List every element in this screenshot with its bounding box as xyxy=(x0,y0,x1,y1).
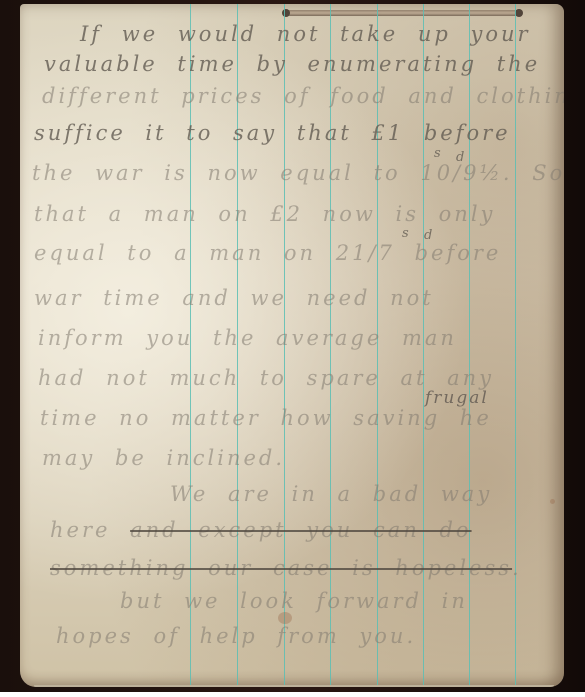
handwritten-line: suffice it to say that £1 before xyxy=(34,121,511,145)
handwritten-line: time no matter how saving he xyxy=(40,406,492,430)
handwritten-line: different prices of food and clothing xyxy=(42,84,564,108)
handwritten-line: valuable time by enumerating the xyxy=(44,52,540,76)
inserted-word: frugal xyxy=(425,388,489,408)
handwritten-line: equal to a man on 21/7 before xyxy=(34,241,501,265)
notebook-page: If we would not take up your valuable ti… xyxy=(20,4,564,687)
handwritten-line: We are in a bad way xyxy=(170,482,492,506)
struck-text: and except you can do xyxy=(130,518,471,542)
handwritten-line: had not much to spare at any xyxy=(38,366,494,390)
pence-mark: d xyxy=(424,228,432,243)
staple-binding xyxy=(285,10,520,16)
paper-stain xyxy=(278,612,292,624)
paper-stain xyxy=(550,499,555,504)
handwritten-line: may be inclined. xyxy=(42,446,285,470)
handwritten-line: hopes of help from you. xyxy=(56,624,416,648)
pence-mark: d xyxy=(456,150,464,165)
line-text: here xyxy=(50,518,130,542)
handwritten-line-partially-struck: here and except you can do xyxy=(50,518,472,542)
struck-text: something our case is hopeless xyxy=(50,556,512,580)
handwritten-line: but we look forward in xyxy=(120,589,468,613)
line-text: . xyxy=(512,556,522,580)
handwritten-line: war time and we need not xyxy=(34,286,434,310)
shilling-mark: s xyxy=(434,146,441,161)
handwritten-line: inform you the average man xyxy=(38,326,457,350)
shilling-mark: s xyxy=(402,226,409,241)
handwritten-line: the war is now equal to 10/9½. So xyxy=(32,161,564,185)
page-edge xyxy=(34,685,554,687)
handwritten-line-struck: something our case is hopeless. xyxy=(50,556,522,580)
handwritten-line: If we would not take up your xyxy=(80,22,531,46)
handwritten-line: that a man on £2 now is only xyxy=(34,202,495,226)
